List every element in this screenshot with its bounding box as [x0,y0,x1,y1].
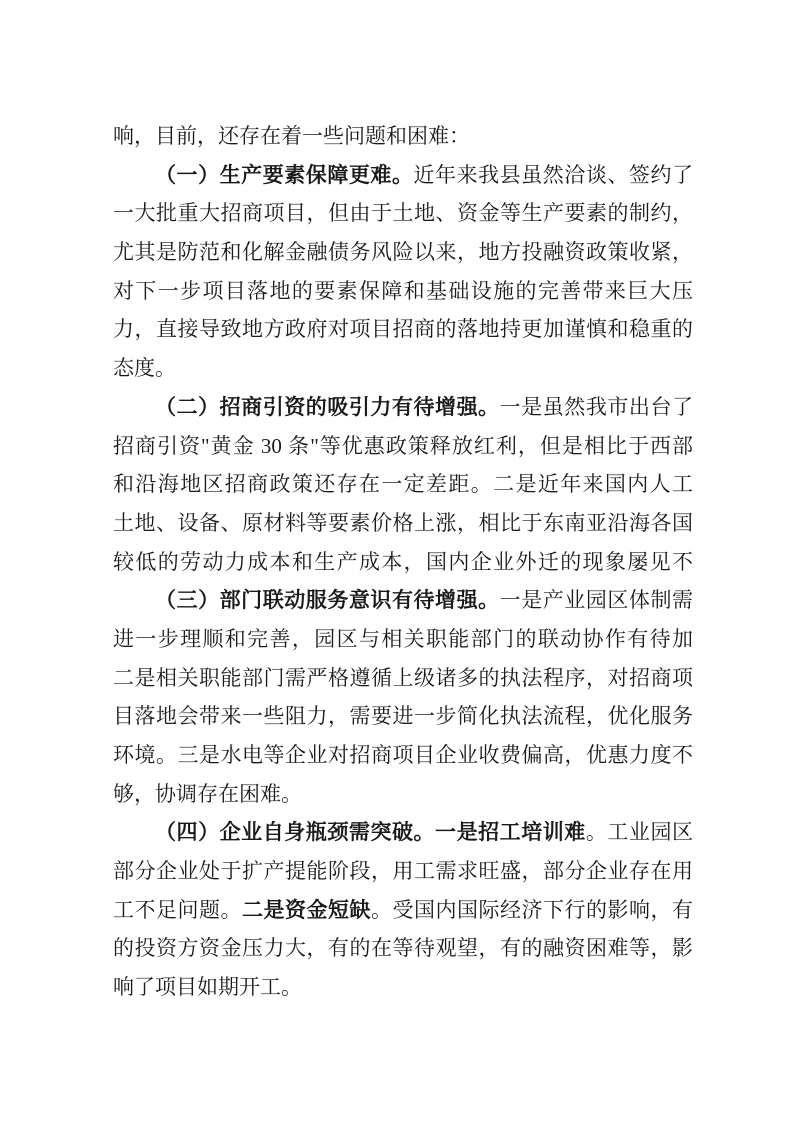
document-text-block: 响，目前，还存在着一些问题和困难：（一）生产要素保障更难。近年来我县虽然洽谈、签… [113,117,693,1007]
text-line: （三）部门联动服务意识有待增强。一是产业园区体制需 [113,581,693,620]
text-run: 响了项目如期开工。 [113,975,302,999]
text-run: 够，协调存在困难。 [113,782,302,806]
text-run: 进一步理顺和完善，园区与相关职能部门的联动协作有待加强。 [113,627,693,659]
text-run: 二是相关职能部门需严格遵循上级诸多的执法程序，对招商项 [113,666,693,690]
text-line: 和沿海地区招商政策还存在一定差距。二是近年来国内人工费， [113,465,693,504]
text-line: 够，协调存在困难。 [113,775,693,814]
text-run: 较低的劳动力成本和生产成本，国内企业外迁的现象屡见不鲜。 [113,550,693,582]
text-run: 对下一步项目落地的要素保障和基础设施的完善带来巨大压 [113,279,693,303]
text-line: 态度。 [113,349,693,388]
text-line: 的投资方资金压力大，有的在等待观望，有的融资困难等，影 [113,929,693,968]
text-run: 。工业园区 [586,820,693,844]
text-run: 招商引资"黄金 30 条"等优惠政策释放红利，但是相比于西部 [113,434,693,458]
text-run: 和沿海地区招商政策还存在一定差距。二是近年来国内人工费， [113,472,693,504]
text-run: 近年来我县虽然洽谈、签约了 [414,163,694,187]
text-run: 态度。 [113,356,176,380]
bold-text-run: （二）招商引资的吸引力有待增强。 [155,395,500,419]
text-run: 。受国内国际经济下行的影响，有 [371,898,693,922]
text-run: 一是虽然我市出台了 [500,395,693,419]
text-run: 工不足问题。 [113,898,242,922]
text-line: 部分企业处于扩产提能阶段，用工需求旺盛，部分企业存在用 [113,852,693,891]
text-line: 二是相关职能部门需严格遵循上级诸多的执法程序，对招商项 [113,659,693,698]
text-run: 环境。三是水电等企业对招商项目企业收费偏高，优惠力度不 [113,743,693,767]
bold-text-run: （一）生产要素保障更难。 [155,163,414,187]
text-line: 土地、设备、原材料等要素价格上涨，相比于东南亚沿海各国 [113,504,693,543]
text-run: 响，目前，还存在着一些问题和困难： [113,124,470,148]
text-line: 尤其是防范和化解金融债务风险以来，地方投融资政策收紧， [113,233,693,272]
text-line: 响，目前，还存在着一些问题和困难： [113,117,693,156]
text-line: 环境。三是水电等企业对招商项目企业收费偏高，优惠力度不 [113,736,693,775]
text-line: 力，直接导致地方政府对项目招商的落地持更加谨慎和稳重的 [113,310,693,349]
text-run: 力，直接导致地方政府对项目招商的落地持更加谨慎和稳重的 [113,317,693,341]
bold-text-run: 二是资金短缺 [242,898,371,922]
text-line: 工不足问题。二是资金短缺。受国内国际经济下行的影响，有 [113,891,693,930]
text-run: 的投资方资金压力大，有的在等待观望，有的融资困难等，影 [113,936,693,960]
text-line: 招商引资"黄金 30 条"等优惠政策释放红利，但是相比于西部 [113,427,693,466]
text-line: 目落地会带来一些阻力，需要进一步简化执法流程，优化服务 [113,697,693,736]
text-line: 一大批重大招商项目，但由于土地、资金等生产要素的制约， [113,194,693,233]
bold-text-run: （三）部门联动服务意识有待增强。 [155,588,500,612]
text-run: 部分企业处于扩产提能阶段，用工需求旺盛，部分企业存在用 [113,859,693,883]
text-line: （一）生产要素保障更难。近年来我县虽然洽谈、签约了 [113,156,693,195]
document-page: 响，目前，还存在着一些问题和困难：（一）生产要素保障更难。近年来我县虽然洽谈、签… [0,0,793,1122]
text-line: 响了项目如期开工。 [113,968,693,1007]
text-run: 一大批重大招商项目，但由于土地、资金等生产要素的制约， [113,201,693,225]
bold-text-run: （四）企业自身瓶颈需突破。一是招工培训难 [155,820,586,844]
text-line: （二）招商引资的吸引力有待增强。一是虽然我市出台了 [113,388,693,427]
text-run: 目落地会带来一些阻力，需要进一步简化执法流程，优化服务 [113,704,693,728]
text-line: 对下一步项目落地的要素保障和基础设施的完善带来巨大压 [113,272,693,311]
text-line: 较低的劳动力成本和生产成本，国内企业外迁的现象屡见不鲜。 [113,543,693,582]
text-line: 进一步理顺和完善，园区与相关职能部门的联动协作有待加强。 [113,620,693,659]
text-run: 一是产业园区体制需 [500,588,693,612]
text-run: 土地、设备、原材料等要素价格上涨，相比于东南亚沿海各国 [113,511,693,535]
text-run: 尤其是防范和化解金融债务风险以来，地方投融资政策收紧， [113,240,693,264]
text-line: （四）企业自身瓶颈需突破。一是招工培训难。工业园区 [113,813,693,852]
